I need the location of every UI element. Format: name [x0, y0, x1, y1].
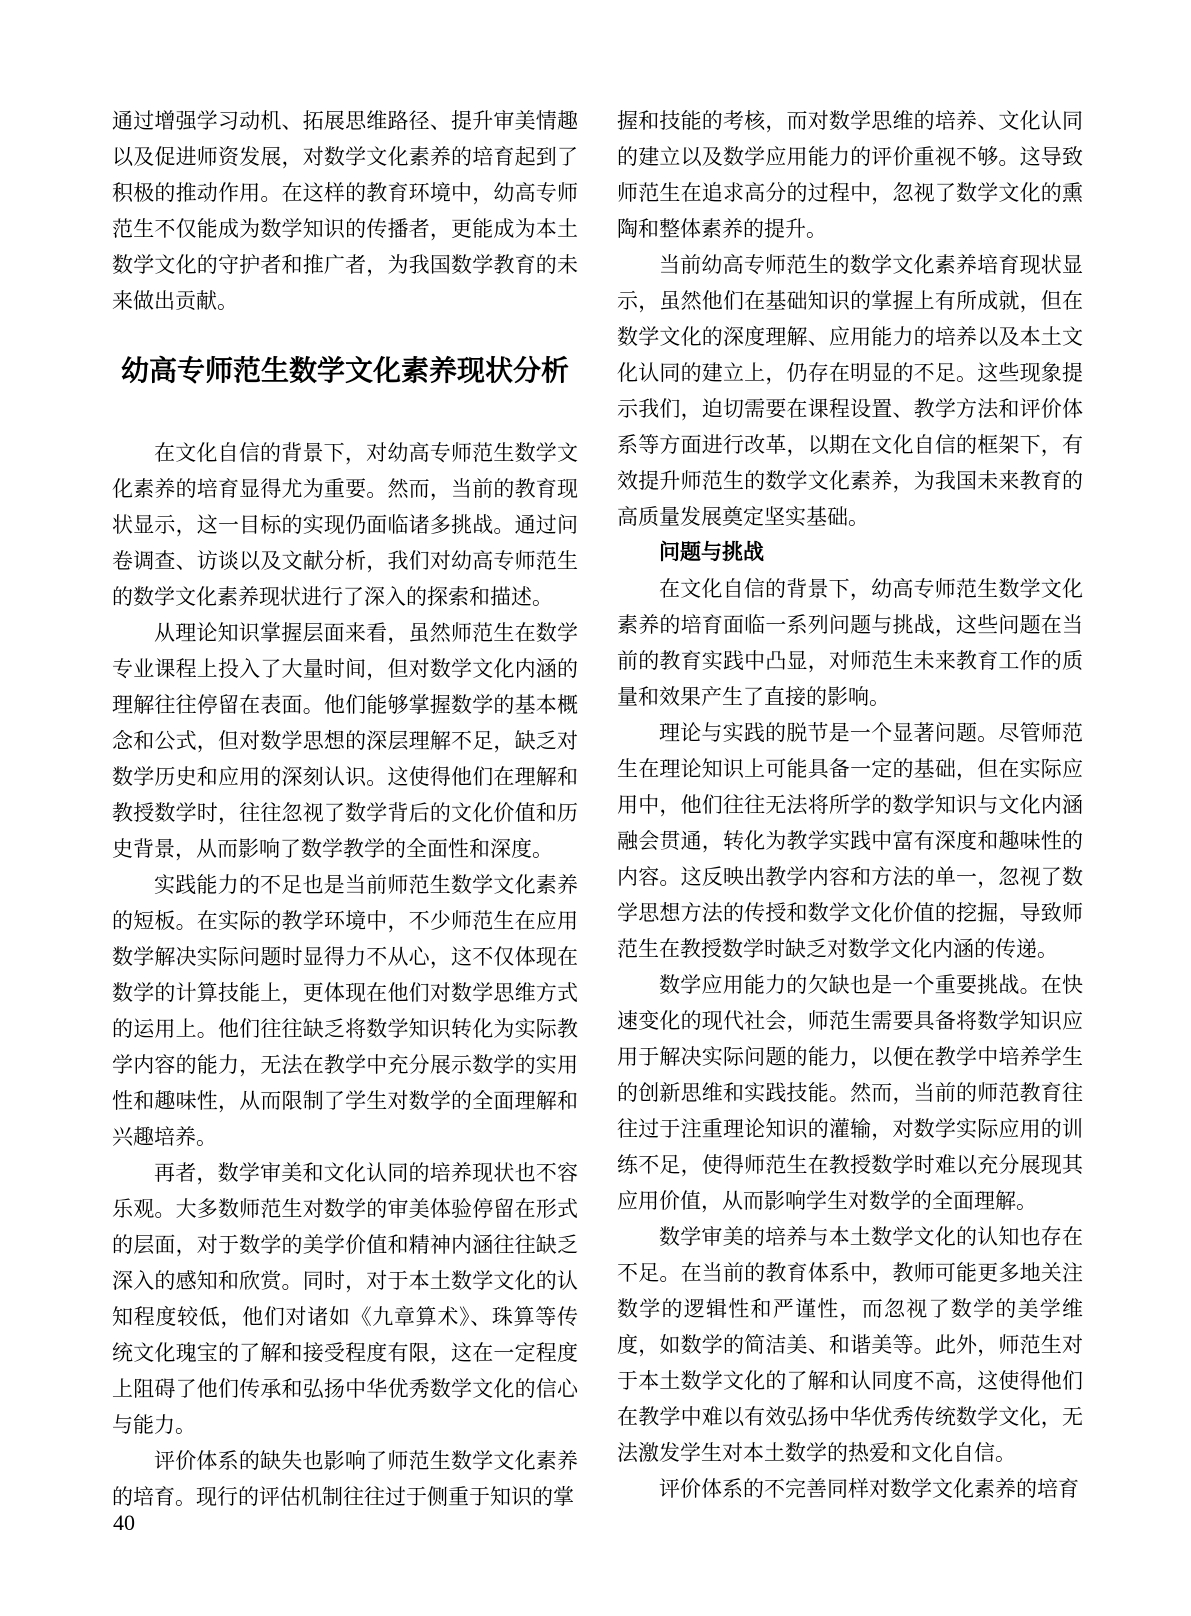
body-paragraph: 数学审美的培养与本土数学文化的认知也存在不足。在当前的教育体系中，教师可能更多地…: [617, 1219, 1083, 1471]
document-page: 通过增强学习动机、拓展思维路径、提升审美情趣以及促进师资发展，对数学文化素养的培…: [0, 0, 1191, 1616]
body-paragraph-continuation: 通过增强学习动机、拓展思维路径、提升审美情趣以及促进师资发展，对数学文化素养的培…: [112, 103, 578, 319]
right-column: 握和技能的考核，而对数学思维的培养、文化认同的建立以及数学应用能力的评价重视不够…: [617, 103, 1083, 1507]
body-paragraph: 评价体系的缺失也影响了师范生数学文化素养的培育。现行的评估机制往往过于侧重于知识…: [112, 1443, 578, 1515]
left-column: 通过增强学习动机、拓展思维路径、提升审美情趣以及促进师资发展，对数学文化素养的培…: [112, 103, 578, 1515]
body-paragraph-continuation: 握和技能的考核，而对数学思维的培养、文化认同的建立以及数学应用能力的评价重视不够…: [617, 103, 1083, 247]
body-paragraph: 从理论知识掌握层面来看，虽然师范生在数学专业课程上投入了大量时间，但对数学文化内…: [112, 615, 578, 867]
body-paragraph: 评价体系的不完善同样对数学文化素养的培育: [617, 1471, 1083, 1507]
body-paragraph: 再者，数学审美和文化认同的培养现状也不容乐观。大多数师范生对数学的审美体验停留在…: [112, 1155, 578, 1443]
body-paragraph: 在文化自信的背景下，幼高专师范生数学文化素养的培育面临一系列问题与挑战，这些问题…: [617, 571, 1083, 715]
body-paragraph: 实践能力的不足也是当前师范生数学文化素养的短板。在实际的教学环境中，不少师范生在…: [112, 867, 578, 1155]
body-paragraph: 理论与实践的脱节是一个显著问题。尽管师范生在理论知识上可能具备一定的基础，但在实…: [617, 715, 1083, 967]
body-paragraph: 在文化自信的背景下，对幼高专师范生数学文化素养的培育显得尤为重要。然而，当前的教…: [112, 435, 578, 615]
body-paragraph: 数学应用能力的欠缺也是一个重要挑战。在快速变化的现代社会，师范生需要具备将数学知…: [617, 967, 1083, 1219]
sub-heading: 问题与挑战: [617, 535, 1083, 571]
section-heading: 幼高专师范生数学文化素养现状分析: [112, 355, 578, 389]
body-paragraph: 当前幼高专师范生的数学文化素养培育现状显示，虽然他们在基础知识的掌握上有所成就，…: [617, 247, 1083, 535]
page-number: 40: [113, 1508, 135, 1538]
